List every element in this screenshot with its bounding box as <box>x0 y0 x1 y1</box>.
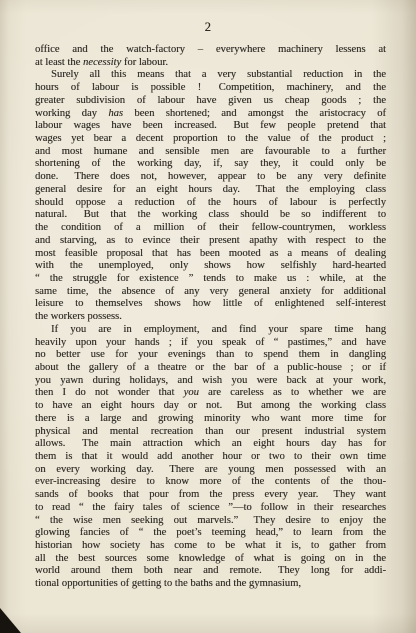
text-line: then I do not wonder that you are carele… <box>35 387 386 400</box>
text-line: world around them both near and remote. … <box>35 565 386 578</box>
text-line: historian how society has come to be wha… <box>35 540 386 553</box>
text-line: ever-increasing desire to know more of t… <box>35 476 386 489</box>
text-line: the condition of a million of their fell… <box>35 222 386 235</box>
text-line: on every working day. There are young me… <box>35 464 386 477</box>
text-line: natural. But that the working class shou… <box>35 209 386 222</box>
text-line: glowing fancies of “ the poet’s teeming … <box>35 527 386 540</box>
text-line: about the gallery of a theatre or the ba… <box>35 362 386 375</box>
text-line: to have an eight hours day or not. But a… <box>35 400 386 413</box>
text-line: should oppose a reduction of the hours o… <box>35 197 386 210</box>
text-line: no better use for your evenings than to … <box>35 349 386 362</box>
page-number: 2 <box>0 20 416 34</box>
text-line: Surely all this means that a very substa… <box>35 69 386 82</box>
text-line: greater subdivision of labour have given… <box>35 95 386 108</box>
text-line: to read “ the fairy tales of science ”—t… <box>35 502 386 515</box>
scanned-book-page: 2 office and the watch-factory – everywh… <box>0 0 416 633</box>
text-line: them is that it would add another hour o… <box>35 451 386 464</box>
text-line: If you are in employment, and find your … <box>35 324 386 337</box>
paragraph: office and the watch-factory – everywher… <box>35 44 386 69</box>
text-line: all the best sources some knowledge of w… <box>35 553 386 566</box>
text-line: the workers possess. <box>35 311 386 324</box>
text-line: general desire for an eight hours day. T… <box>35 184 386 197</box>
text-line: working day has been shortened; and amon… <box>35 108 386 121</box>
text-line: and most humane and sensible men are fav… <box>35 146 386 159</box>
text-line: “ the struggle for existence ” tends to … <box>35 273 386 286</box>
text-line: “ the wise men seeking out marvels.” The… <box>35 515 386 528</box>
text-line: and starving, as to evince their present… <box>35 235 386 248</box>
text-line: hours of labour is possible ! Competitio… <box>35 82 386 95</box>
text-line: there is a large and growing minority wh… <box>35 413 386 426</box>
text-line: with the unemployed, only shows how self… <box>35 260 386 273</box>
text-line: most feasible proposal that has been moo… <box>35 248 386 261</box>
text-line: sands of books that pour from the press … <box>35 489 386 502</box>
text-line: labour wages have been increased. But fe… <box>35 120 386 133</box>
text-line: heavily upon your hands ; if you speak o… <box>35 337 386 350</box>
paragraph: Surely all this means that a very substa… <box>35 69 386 323</box>
text-line: wages yet bear a decent proportion to th… <box>35 133 386 146</box>
paragraph: If you are in employment, and find your … <box>35 324 386 591</box>
text-line: allows. The main attraction which an eig… <box>35 438 386 451</box>
scan-corner-artifact <box>0 608 21 633</box>
text-line: tional opportunities of getting to the b… <box>35 578 386 591</box>
text-line: office and the watch-factory – everywher… <box>35 44 386 57</box>
text-line: done. There does not, however, appear to… <box>35 171 386 184</box>
text-line: physical and mental recreation than our … <box>35 426 386 439</box>
text-block: office and the watch-factory – everywher… <box>35 44 386 591</box>
text-line: same time, the absence of any very gener… <box>35 286 386 299</box>
text-line: shortening of the working day, if, say t… <box>35 158 386 171</box>
text-line: at least the necessity for labour. <box>35 57 386 70</box>
text-line: you yawn during holidays, and wish you w… <box>35 375 386 388</box>
text-line: leisure to themselves shows how little o… <box>35 298 386 311</box>
